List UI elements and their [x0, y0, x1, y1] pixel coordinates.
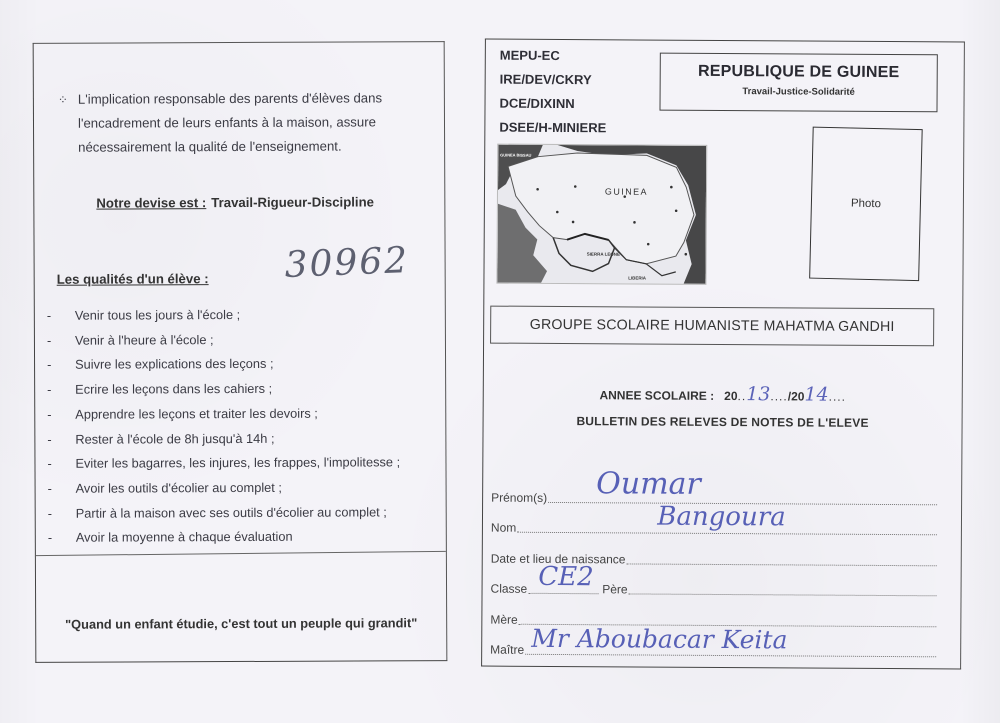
republic-title: REPUBLIQUE DE GUINEE: [661, 63, 937, 83]
school-motto: Notre devise est :Travail-Rigueur-Discip…: [96, 194, 374, 210]
mother-label: Mère: [490, 612, 517, 628]
administration-header: MEPU-EC IRE/DEV/CKRY DCE/DIXINN DSEE/H-M…: [499, 44, 606, 141]
intro-line: L'implication responsable des parents d'…: [78, 86, 422, 112]
teacher-field: Maître Mr Aboubacar Keita: [490, 628, 936, 661]
photo-label: Photo: [851, 198, 881, 211]
list-item: -Apprendre les leçons et traiter les dev…: [47, 401, 437, 427]
photo-placeholder: Photo: [809, 127, 923, 282]
teacher-label: Maître: [490, 643, 524, 659]
intro-line: nécessairement la qualité de l'enseignem…: [78, 134, 422, 160]
list-item: -Suivre les explications des leçons ;: [47, 352, 437, 378]
class-value: CE2: [538, 562, 594, 592]
motto-label: Notre devise est :: [96, 195, 206, 210]
svg-text:GUINEA BISSAU: GUINEA BISSAU: [500, 152, 531, 157]
intro-line: l'encadrement de leurs enfants à la mais…: [78, 110, 422, 136]
svg-text:SIERRA LEONE: SIERRA LEONE: [587, 252, 620, 257]
first-name-label: Prénom(s): [491, 490, 547, 506]
class-father-field: Classe CE2 Père: [491, 567, 937, 600]
back-cover-panel: ⁘ L'implication responsable des parents …: [33, 41, 448, 663]
class-label: Classe: [491, 582, 528, 598]
list-item: -Eviter les bagarres, les injures, les f…: [47, 450, 437, 476]
last-name-value: Bangoura: [657, 502, 786, 533]
republic-motto: Travail-Justice-Solidarité: [661, 86, 937, 99]
school-year-end: 14: [804, 383, 828, 405]
student-info-form: Prénom(s) Oumar Nom Bangoura Date et lie…: [490, 476, 937, 662]
svg-text:GUINEA: GUINEA: [605, 187, 648, 197]
school-year: ANNEE SCOLAIRE : 20..13..../2014....: [484, 382, 962, 407]
school-year-start: 13: [746, 383, 770, 405]
father-label: Père: [598, 582, 627, 598]
school-name-box: GROUPE SCOLAIRE HUMANISTE MAHATMA GANDHI: [490, 306, 934, 347]
last-name-field: Nom Bangoura: [491, 506, 937, 539]
list-item: -Ecrire les leçons dans les cahiers ;: [47, 376, 437, 402]
first-name-value: Oumar: [596, 466, 701, 502]
parent-involvement-note: ⁘ L'implication responsable des parents …: [62, 86, 422, 160]
qualities-list: -Venir tous les jours à l'école ; -Venir…: [47, 302, 438, 551]
qualities-heading: Les qualités d'un élève :: [57, 271, 209, 287]
admin-line: DSEE/H-MINIERE: [499, 116, 606, 141]
list-item: -Partir à la maison avec ses outils d'éc…: [48, 500, 438, 526]
map-icon: GUINEA SIERRA LEONE GUINEA BISSAU LIBERI…: [497, 145, 706, 284]
last-name-label: Nom: [491, 521, 516, 537]
republic-box: REPUBLIQUE DE GUINEE Travail-Justice-Sol…: [659, 53, 937, 113]
report-card-title: BULLETIN DES RELEVES DE NOTES DE L'ELEVE: [484, 414, 962, 431]
list-item: -Venir tous les jours à l'école ;: [47, 302, 437, 328]
admin-line: IRE/DEV/CKRY: [500, 68, 607, 93]
admin-line: MEPU-EC: [500, 44, 607, 69]
school-year-label: ANNEE SCOLAIRE :: [599, 388, 714, 403]
list-item: -Venir à l'heure à l'école ;: [47, 327, 437, 353]
handwritten-registration-number: 30962: [284, 240, 410, 286]
section-divider: [36, 551, 446, 556]
front-cover-panel: MEPU-EC IRE/DEV/CKRY DCE/DIXINN DSEE/H-M…: [481, 39, 965, 670]
closing-quote: "Quand un enfant étudie, c'est tout un p…: [36, 615, 446, 632]
list-item: -Avoir les outils d'écolier au complet ;: [48, 475, 438, 501]
motto-value: Travail-Rigueur-Discipline: [211, 194, 374, 210]
svg-text:LIBERIA: LIBERIA: [628, 275, 647, 280]
teacher-value: Mr Aboubacar Keita: [531, 624, 787, 655]
list-item: -Rester à l'école de 8h jusqu'à 14h ;: [47, 426, 437, 452]
list-item: -Avoir la moyenne à chaque évaluation: [48, 524, 438, 550]
guinea-map-image: GUINEA SIERRA LEONE GUINEA BISSAU LIBERI…: [496, 144, 707, 285]
diamond-bullet-icon: ⁘: [58, 88, 68, 112]
admin-line: DCE/DIXINN: [499, 92, 606, 117]
